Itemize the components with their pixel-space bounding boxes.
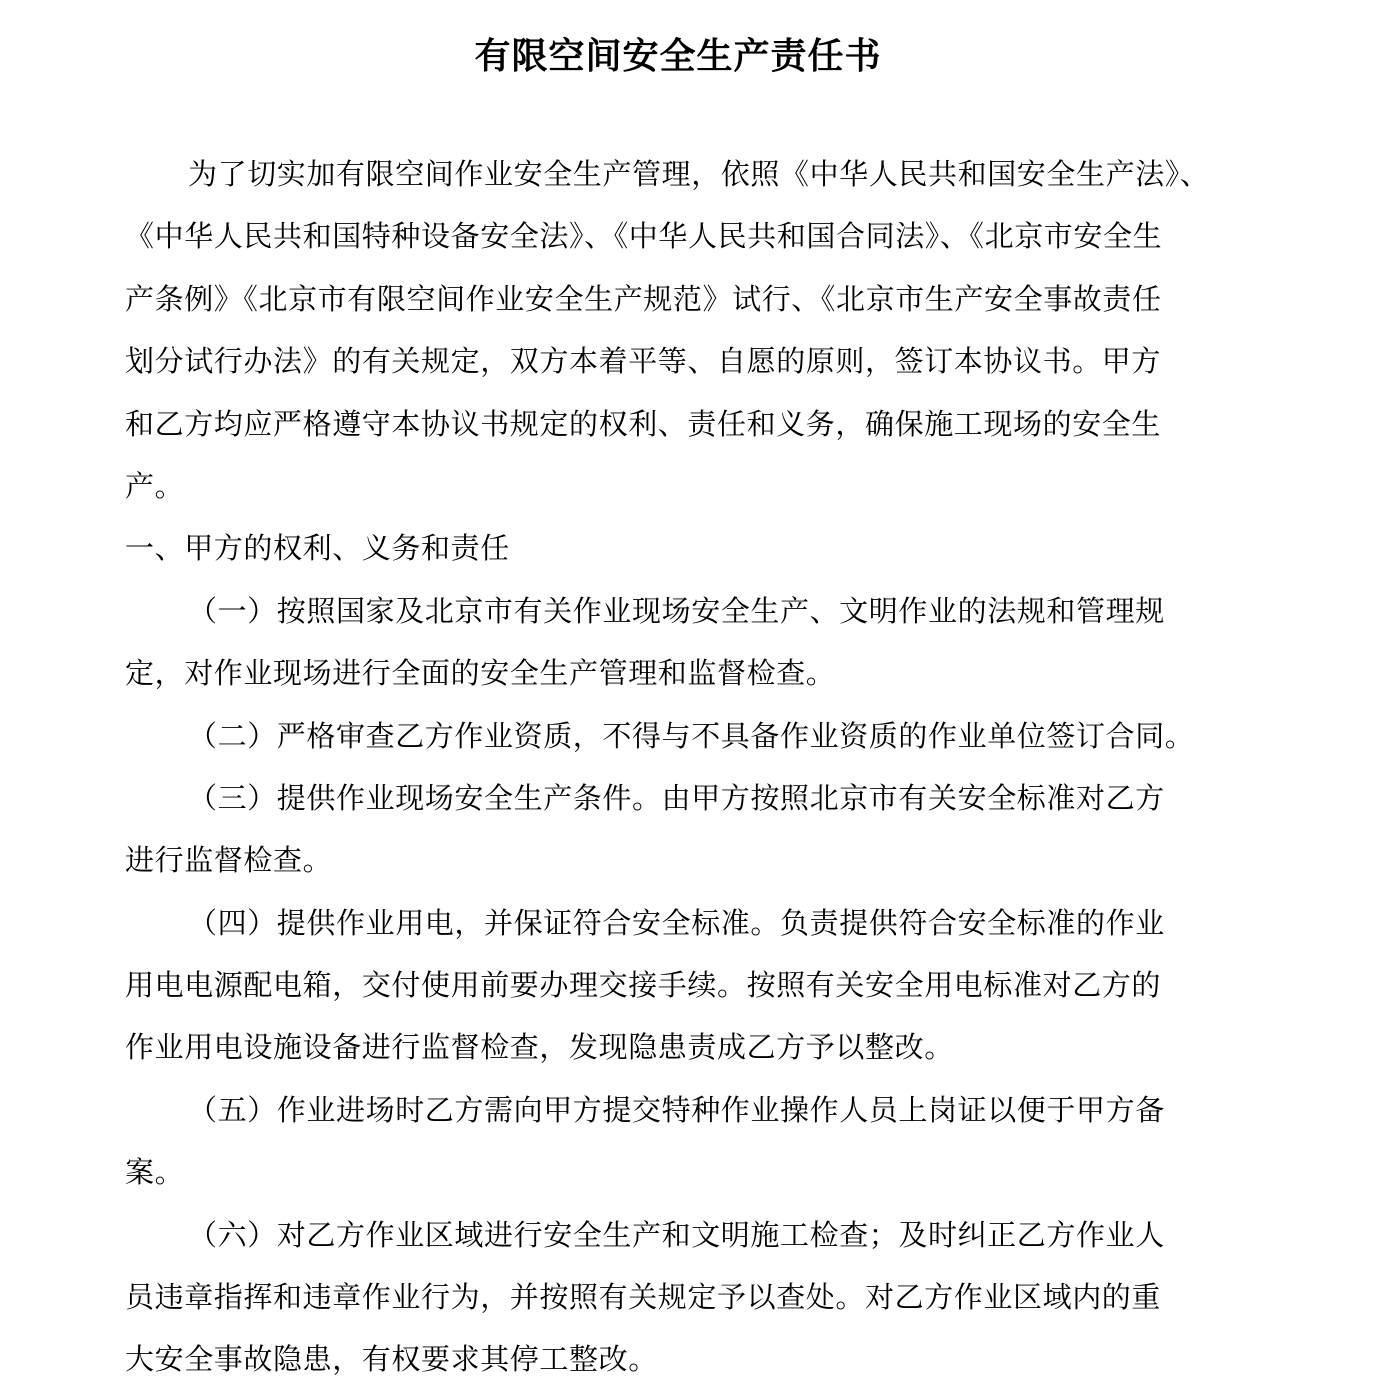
clause-6-line-2: 员违章指挥和违章作业行为，并按照有关规定予以查处。对乙方作业区域内的重 bbox=[125, 1269, 1235, 1331]
clause-3-line-1: （三）提供作业现场安全生产条件。由甲方按照北京市有关安全标准对乙方 bbox=[125, 770, 1235, 832]
document-page: 有限空间安全生产责任书 为了切实加有限空间作业安全生产管理，依照《中华人民共和国… bbox=[0, 0, 1397, 1397]
clause-4-line-1: （四）提供作业用电，并保证符合安全标准。负责提供符合安全标准的作业 bbox=[125, 895, 1235, 957]
clause-6-line-1: （六）对乙方作业区域进行安全生产和文明施工检查；及时纠正乙方作业人 bbox=[125, 1207, 1235, 1269]
preamble-line-3: 产条例》《北京市有限空间作业安全生产规范》试行、《北京市生产安全事故责任 bbox=[125, 271, 1235, 333]
clause-4-line-3: 作业用电设施设备进行监督检查，发现隐患责成乙方予以整改。 bbox=[125, 1019, 1235, 1081]
document-body: 为了切实加有限空间作业安全生产管理，依照《中华人民共和国安全生产法》、 《中华人… bbox=[125, 146, 1235, 1394]
clause-1-line-1: （一）按照国家及北京市有关作业现场安全生产、文明作业的法规和管理规 bbox=[125, 583, 1235, 645]
clause-5-line-2: 案。 bbox=[125, 1144, 1235, 1206]
clause-1-line-2: 定，对作业现场进行全面的安全生产管理和监督检查。 bbox=[125, 645, 1235, 707]
clause-3-line-2: 进行监督检查。 bbox=[125, 832, 1235, 894]
preamble-line-2: 《中华人民共和国特种设备安全法》、《中华人民共和国合同法》、《北京市安全生 bbox=[125, 208, 1235, 270]
clause-4-line-2: 用电电源配电箱，交付使用前要办理交接手续。按照有关安全用电标准对乙方的 bbox=[125, 957, 1235, 1019]
document-title: 有限空间安全生产责任书 bbox=[0, 30, 1356, 82]
preamble-line-4: 划分试行办法》的有关规定，双方本着平等、自愿的原则，签订本协议书。甲方 bbox=[125, 333, 1235, 395]
preamble-line-5: 和乙方均应严格遵守本协议书规定的权利、责任和义务，确保施工现场的安全生 bbox=[125, 396, 1235, 458]
section-heading-party-a: 一、甲方的权利、义务和责任 bbox=[125, 520, 1235, 582]
preamble-line-6: 产。 bbox=[125, 458, 1235, 520]
clause-2-line-1: （二）严格审查乙方作业资质，不得与不具备作业资质的作业单位签订合同。 bbox=[125, 708, 1235, 770]
clause-5-line-1: （五）作业进场时乙方需向甲方提交特种作业操作人员上岗证以便于甲方备 bbox=[125, 1082, 1235, 1144]
clause-6-line-3: 大安全事故隐患，有权要求其停工整改。 bbox=[125, 1331, 1235, 1393]
preamble-line-1: 为了切实加有限空间作业安全生产管理，依照《中华人民共和国安全生产法》、 bbox=[125, 146, 1235, 208]
